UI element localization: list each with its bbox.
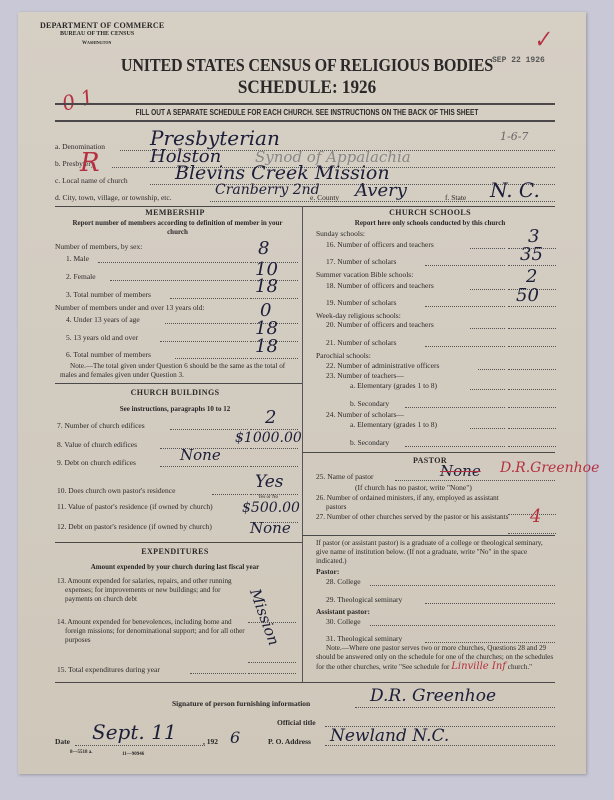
signature-line [355,707,555,708]
q16-line [470,248,505,249]
section-rule [55,682,555,683]
q27-field[interactable]: 4 [530,506,541,527]
q11-residence-value-field[interactable]: $500.00 [242,500,300,516]
q23-label: 23. Number of teachers— [326,371,404,380]
q25-label: 25. Name of pastor [316,472,373,481]
q29-field[interactable] [425,603,555,604]
signature-field[interactable]: D.R. Greenhoe [370,686,496,706]
q31-label: 31. Theological seminary [326,634,402,643]
q30-label: 30. College [326,617,361,626]
members-by-sex-label: Number of members, by sex: [55,242,142,251]
q16-label: 16. Number of officers and teachers [326,240,434,249]
q10-owns-residence-field[interactable]: Yes [255,472,284,492]
q24a-field[interactable] [508,418,556,429]
instruction-banner: FILL OUT A SEPARATE SCHEDULE FOR EACH CH… [55,108,558,117]
po-address-label: P. O. Address [268,737,311,746]
pastor-subheading: Pastor: [316,567,339,576]
q22-field[interactable] [508,359,556,370]
date-line [75,745,205,746]
summer-schools-label: Summer vacation Bible schools: [316,270,413,279]
q8-value-field[interactable]: $1000.00 [235,430,302,446]
city-line [210,201,555,202]
q15-answer-line [248,663,296,674]
q2-line [110,280,248,281]
expenditures-subtitle: Amount expended by your church during la… [55,563,295,571]
section-rule [55,206,555,207]
q11-label: 11. Value of pastor's residence (if owne… [57,502,247,512]
q23a-label: a. Elementary (grades 1 to 8) [350,381,437,390]
section-rule [302,535,555,536]
church-buildings-subtitle: See instructions, paragraphs 10 to 12 [55,405,295,413]
q24b-label: b. Secondary [350,438,389,447]
q18-label: 18. Number of officers and teachers [326,281,434,290]
q7-edifices-field[interactable]: 2 [265,407,276,428]
q2-label: 2. Female [66,272,96,281]
year-field[interactable]: 6 [230,728,240,747]
margin-mark-r: R [80,148,100,178]
q20-label: 20. Number of officers and teachers [326,320,434,329]
q24b-field[interactable] [508,436,556,447]
print-number: 11—90946 [122,752,144,757]
city-field[interactable]: Cranberry 2nd [215,182,320,198]
date-field[interactable]: Sept. 11 [92,720,177,744]
members-by-age-label: Number of members under and over 13 year… [55,303,205,312]
q29-label: 29. Theological seminary [326,595,402,604]
po-address-field[interactable]: Newland N.C. [330,726,449,746]
graduate-note: If pastor (or assistant pastor) is a gra… [316,539,556,566]
q12-residence-debt-field[interactable]: None [250,519,291,537]
q4-line [165,323,248,324]
q28-field[interactable] [370,585,555,586]
form-number: 8—5518 a. [70,750,93,755]
q6-total-field[interactable]: 18 [255,336,278,357]
q25-pastor-correction: D.R.Greenhoe [500,460,599,476]
q19-label: 19. Number of scholars [326,298,396,307]
q3-total-field[interactable]: 18 [255,276,278,297]
q18-field[interactable]: 2 [526,266,537,287]
year-prefix: , 192 [203,737,218,746]
q25-line [395,480,555,481]
q15-line [190,673,246,674]
local-name-label: c. Local name of church [55,176,128,185]
q1-line [98,262,248,263]
received-date-stamp: SEP 22 1926 [492,56,545,65]
q3-label: 3. Total number of members [66,290,151,299]
church-schools-heading: CHURCH SCHOOLS [305,208,555,217]
q23a-field[interactable] [508,379,556,390]
membership-heading: MEMBERSHIP [55,208,295,217]
department-heading: DEPARTMENT OF COMMERCE [40,21,164,30]
column-divider [302,206,303,682]
q24a-label: a. Elementary (grades 1 to 8) [350,420,437,429]
assistant-pastor-subheading: Assistant pastor: [316,607,370,616]
q5-line [160,341,248,342]
q6-line [175,358,248,359]
q22-label: 22. Number of administrative officers [326,361,439,370]
q28-label: 28. College [326,577,361,586]
bureau-heading: BUREAU OF THE CENSUS [60,31,134,37]
q4-label: 4. Under 13 years of age [66,315,140,324]
q20-field[interactable] [508,318,556,329]
section-rule [55,383,302,384]
pastor-note-fill[interactable]: Linville Inf [451,661,506,672]
q23b-field[interactable] [508,397,556,408]
official-title-label: Official title [277,718,316,727]
q23a-line [470,389,505,390]
section-rule [302,452,555,453]
date-label: Date [55,737,70,746]
parochial-schools-label: Parochial schools: [316,351,371,360]
city-label: d. City, town, village, or township, etc… [55,193,172,202]
q5-label: 5. 13 years old and over [66,333,138,342]
q27-label: 27. Number of other churches served by t… [316,513,516,522]
q7-label: 7. Number of church edifices [57,421,145,430]
q21-label: 21. Number of scholars [326,338,396,347]
sunday-schools-label: Sunday schools: [316,229,365,238]
q21-field[interactable] [508,336,556,347]
q19-line [425,306,505,307]
q25-hint: (If church has no pastor, write "None") [355,483,472,492]
q22-line [478,369,505,370]
church-schools-subtitle: Report here only schools conducted by th… [305,219,555,227]
q9-label: 9. Debt on church edifices [57,458,136,467]
city-heading: Washington [82,40,111,46]
q13-label: 13. Amount expended for salaries, repair… [57,577,245,604]
church-buildings-heading: CHURCH BUILDINGS [55,388,295,397]
q10-label: 10. Does church own pastor's residence [57,486,175,495]
q24b-line [405,446,505,447]
signature-label: Signature of person furnishing informati… [172,699,310,708]
denomination-code: 1-6-7 [500,130,528,143]
q30-field[interactable] [370,625,555,626]
expenditures-heading: EXPENDITURES [55,547,295,556]
weekday-schools-label: Week-day religious schools: [316,311,401,320]
q23b-line [405,407,505,408]
q31-field[interactable] [425,642,555,643]
q9-line [160,466,248,467]
q25-pastor-field[interactable]: None [440,462,481,480]
q8-label: 8. Value of church edifices [57,440,137,449]
q3-line [170,298,248,299]
q12-label: 12. Debt on pastor's residence (if owned… [57,522,247,532]
q19-field[interactable]: 50 [516,285,539,306]
q1-male-field[interactable]: 8 [258,238,269,259]
q17-field[interactable]: 35 [520,244,543,265]
section-rule [55,542,302,543]
q17-label: 17. Number of scholars [326,257,396,266]
q9-debt-field[interactable]: None [180,446,221,464]
q6-label: 6. Total number of members [66,350,151,359]
pastor-note-suffix: church." [508,663,532,671]
q24-label: 24. Number of scholars— [326,410,404,419]
q14-label: 14. Amount expended for benevolences, in… [57,618,245,645]
pastor-note: Note.—Where one pastor serves two or mor… [316,644,556,672]
q10-line [212,494,248,495]
header-rule [55,103,555,105]
state-field[interactable]: N. C. [490,178,540,202]
q24a-line [470,428,505,429]
q26-label: 26. Number of ordained ministers, if any… [316,494,516,512]
q1-label: 1. Male [66,254,89,263]
q23b-label: b. Secondary [350,399,389,408]
q17-line [425,265,505,266]
county-field[interactable]: Avery [355,180,407,201]
q9-answer-line [250,456,298,467]
membership-subtitle: Report number of members according to de… [70,219,285,237]
q15-label: 15. Total expenditures during year [57,665,160,674]
q21-line [425,346,505,347]
membership-note: Note.—The total given under Question 6 s… [60,362,300,380]
header-rule-2 [55,120,555,122]
schedule-title: SCHEDULE: 1926 [31,77,584,99]
q14-answer-line [248,652,296,663]
q20-line [470,328,505,329]
q18-line [470,289,505,290]
